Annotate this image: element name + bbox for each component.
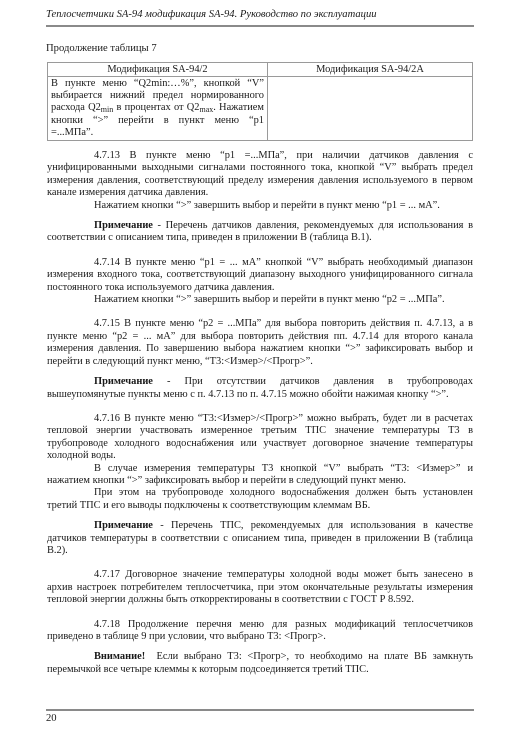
subscript: max bbox=[199, 105, 213, 114]
paragraph-4-7-13-next: Нажатием кнопки “>” завершить выбор и пе… bbox=[47, 200, 473, 212]
table-cell-sa94-2a bbox=[268, 77, 473, 141]
note-label: Примечание bbox=[94, 376, 153, 387]
document-title: Теплосчетчики SA-94 модификация SA-94. Р… bbox=[46, 9, 377, 20]
table-cell-sa94-2: В пункте меню “Q2min:…%”, кнопкой “V” вы… bbox=[48, 77, 268, 141]
column-header: Модификация SA-94/2A bbox=[268, 63, 473, 77]
paragraph-4-7-14-next: Нажатием кнопки “>” завершить выбор и пе… bbox=[47, 294, 473, 306]
warning: Внимание! Если выбрано Т3: <Прогр>, то н… bbox=[47, 651, 473, 676]
note-tps: Примечание - Перечень ТПС, рекомендуемых… bbox=[47, 520, 473, 557]
column-header: Модификация SA-94/2 bbox=[48, 63, 268, 77]
warning-label: Внимание! bbox=[94, 651, 145, 662]
paragraph-4-7-13: 4.7.13 В пункте меню “p1 =...МПа”, при н… bbox=[47, 150, 473, 200]
page-header: Теплосчетчики SA-94 модификация SA-94. Р… bbox=[46, 8, 474, 27]
page-number: 20 bbox=[46, 713, 57, 724]
paragraph-4-7-14: 4.7.14 В пункте меню “p1 = ... мА” кнопк… bbox=[47, 257, 473, 294]
page-footer: 20 bbox=[46, 709, 474, 725]
paragraph-4-7-16-tps: При этом на трубопроводе холодного водос… bbox=[47, 487, 473, 512]
table-header-row: Модификация SA-94/2 Модификация SA-94/2A bbox=[48, 63, 473, 77]
table-caption: Продолжение таблицы 7 bbox=[46, 42, 157, 55]
note-pressure-sensors: Примечание - Перечень датчиков давления,… bbox=[47, 220, 473, 245]
subscript: min bbox=[101, 105, 113, 114]
paragraph-4-7-16-measure: В случае измерения температуры Т3 кнопко… bbox=[47, 463, 473, 488]
paragraph-4-7-18: 4.7.18 Продолжение перечня меню для разн… bbox=[47, 619, 473, 644]
paragraph-4-7-17: 4.7.17 Договорное значение температуры х… bbox=[47, 569, 473, 606]
note-label: Примечание bbox=[94, 520, 153, 531]
note-skip-pressure: Примечание - При отсутствии датчиков дав… bbox=[47, 376, 473, 401]
table-row: В пункте меню “Q2min:…%”, кнопкой “V” вы… bbox=[48, 77, 473, 141]
paragraph-4-7-16: 4.7.16 В пункте меню “Т3:<Измер>/<Прогр>… bbox=[47, 413, 473, 463]
table-7-continuation: Модификация SA-94/2 Модификация SA-94/2A… bbox=[47, 62, 473, 141]
cell-text: в процентах от Q2 bbox=[113, 102, 199, 113]
document-body: 4.7.13 В пункте меню “p1 =...МПа”, при н… bbox=[47, 150, 473, 676]
note-label: Примечание bbox=[94, 220, 153, 231]
paragraph-4-7-15: 4.7.15 В пункте меню “p2 = ...МПа” для в… bbox=[47, 318, 473, 368]
